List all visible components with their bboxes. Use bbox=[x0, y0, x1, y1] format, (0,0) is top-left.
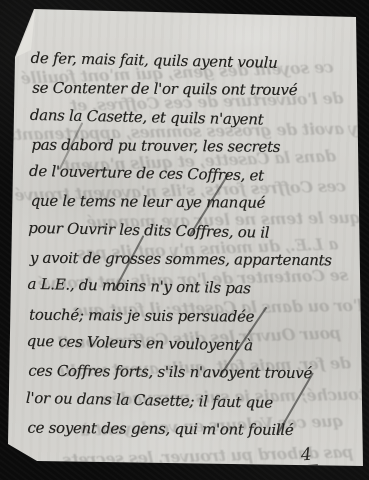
handwriting-line: touché; mais je suis persuadée bbox=[29, 300, 351, 331]
handwriting-line: ce soyent des gens, qui m'ont fouillé bbox=[27, 413, 349, 444]
handwriting-line: a L.E., du moins n'y ont ils pas bbox=[27, 270, 350, 305]
scanned-letter-image: ce soyent des gens, qui m'ont fouillé de… bbox=[0, 0, 369, 480]
handwriting-layer: de fer, mais fait, quils ayent voulu se … bbox=[24, 45, 351, 446]
handwriting-line: l'or ou dans la Casette; il faut que bbox=[26, 383, 349, 418]
handwriting-line: que le tems ne leur aye manqué bbox=[30, 187, 352, 218]
handwriting-line: se Contenter de l'or quils ont trouvé bbox=[32, 74, 354, 105]
handwriting-line: ces Coffres forts, s'ils n'avoyent trouv… bbox=[28, 357, 350, 388]
page-number: 4 bbox=[296, 444, 318, 468]
manuscript-page: ce soyent des gens, qui m'ont fouillé de… bbox=[0, 0, 369, 480]
